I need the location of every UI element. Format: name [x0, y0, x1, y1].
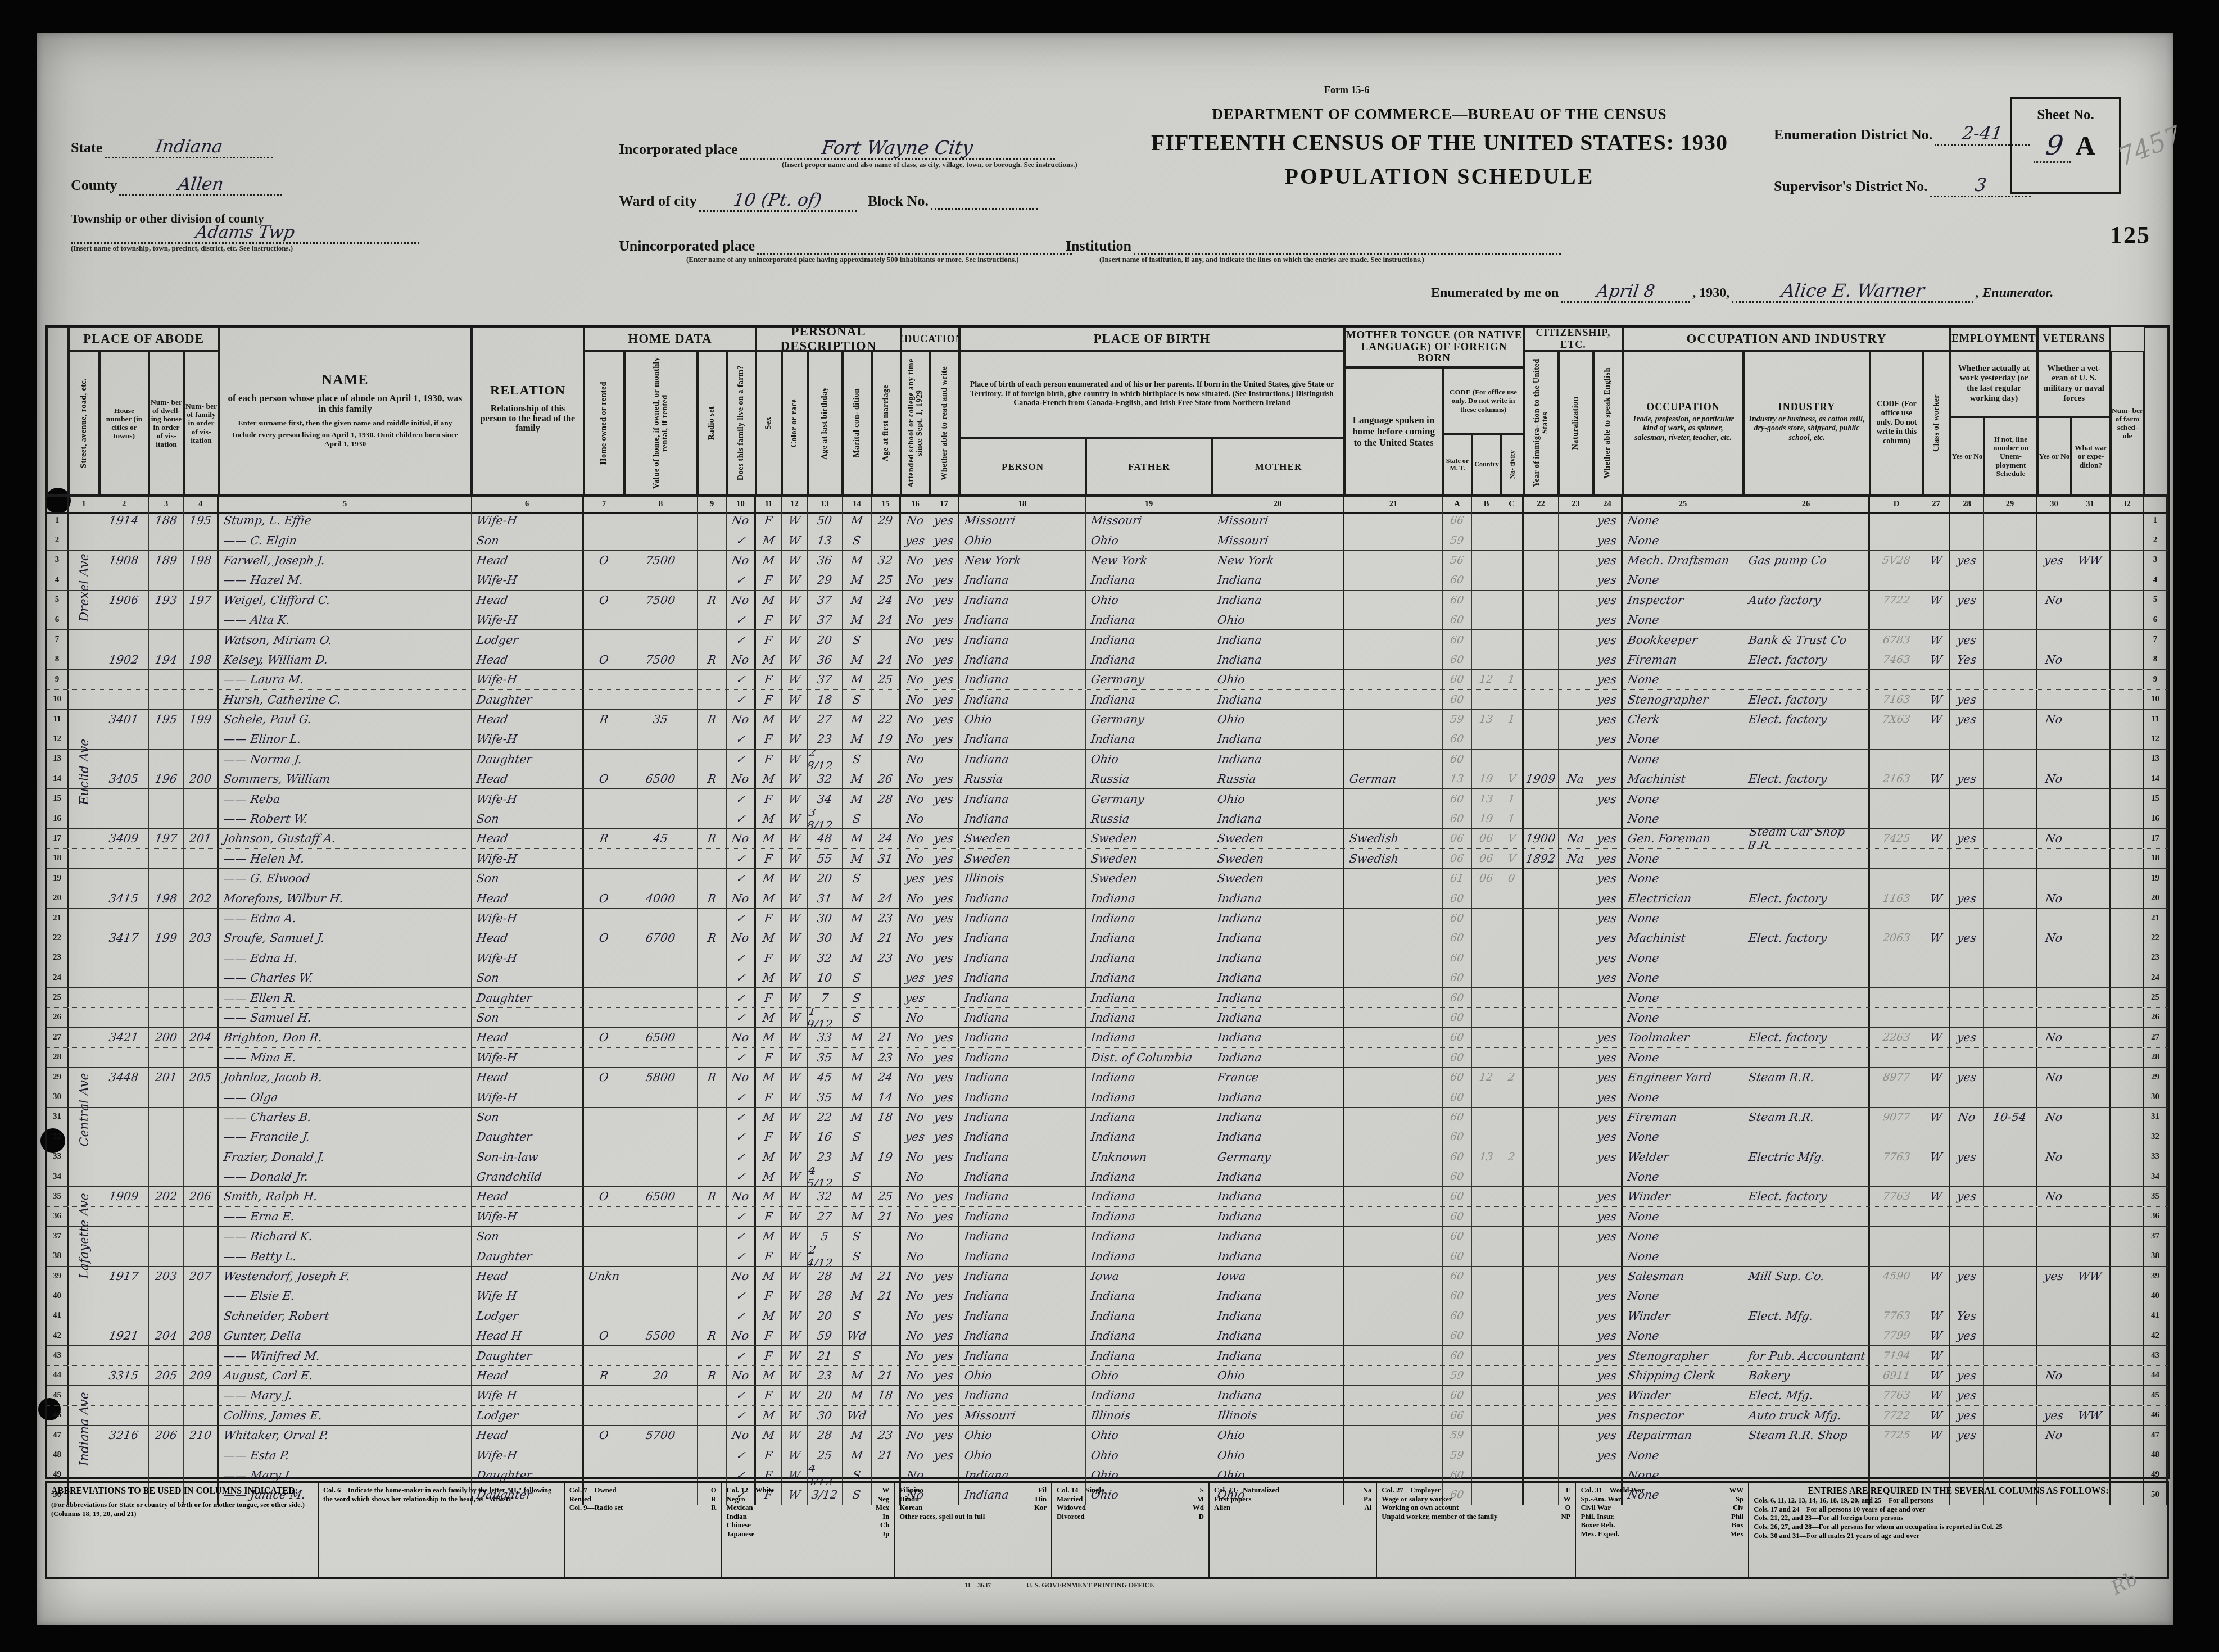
- cell: 60: [1443, 1207, 1472, 1226]
- person-row: 33Frazier, Donald J.Son-in-law✓MW23M19No…: [47, 1147, 2168, 1167]
- cell: [1923, 610, 1950, 629]
- cell: yes: [1950, 769, 1984, 788]
- column-header-c28: Yes or No: [1950, 417, 1984, 496]
- cell: Missouri: [1212, 530, 1344, 550]
- cell: [930, 1246, 959, 1265]
- cell: [624, 729, 698, 748]
- line-number: 40: [47, 1286, 69, 1305]
- column-number: 16: [901, 497, 930, 512]
- cell: [1743, 1008, 1870, 1027]
- column-header-c15: Age at first marriage: [872, 351, 901, 496]
- cell: [1472, 1127, 1501, 1146]
- cell: 60: [1443, 809, 1472, 828]
- cell: [1559, 630, 1593, 649]
- cell: [1472, 928, 1501, 947]
- cell: M: [843, 710, 872, 729]
- column-number: 28: [1950, 497, 1984, 512]
- cell: Son: [472, 530, 584, 550]
- cell: [2111, 511, 2144, 530]
- cell: 205: [149, 1366, 184, 1385]
- cell: R: [698, 710, 727, 729]
- column-number: 27: [1923, 497, 1950, 512]
- cell: [584, 1386, 624, 1405]
- cell: [1559, 1048, 1593, 1067]
- cell: 193: [149, 591, 184, 610]
- cell: [2111, 530, 2144, 550]
- cell: [99, 789, 149, 808]
- stamp-number: 125: [2110, 221, 2150, 249]
- cell: [1472, 729, 1501, 748]
- cell: [1923, 1048, 1950, 1067]
- cell: [698, 1406, 727, 1425]
- column-number: 10: [727, 497, 756, 512]
- cell: [69, 1445, 99, 1464]
- cell: [1524, 948, 1559, 968]
- cell: yes: [930, 849, 959, 868]
- cell: 1909: [99, 1187, 149, 1206]
- census-title: FIFTEENTH CENSUS OF THE UNITED STATES: 1…: [1139, 129, 1740, 156]
- cell: [69, 1366, 99, 1385]
- cell: W: [782, 1426, 808, 1445]
- cell: Indiana: [959, 948, 1086, 968]
- cell: None: [1623, 849, 1743, 868]
- cell: [624, 1227, 698, 1246]
- cell: [1501, 1127, 1524, 1146]
- cell: [698, 570, 727, 589]
- cell: 32: [808, 948, 843, 968]
- cell: ✓: [727, 670, 756, 689]
- cell: [1524, 1087, 1559, 1106]
- cell: M: [843, 610, 872, 629]
- line-number: 27: [2144, 1028, 2168, 1047]
- cell: [624, 988, 698, 1007]
- cell: S: [843, 750, 872, 769]
- cell: W: [782, 1286, 808, 1305]
- cell: yes: [1950, 1326, 1984, 1345]
- cell: Indiana: [959, 610, 1086, 629]
- cell: [1923, 570, 1950, 589]
- cell: Repairman: [1623, 1426, 1743, 1445]
- institution-field: Institution (Insert name of institution,…: [1066, 238, 1561, 264]
- cell: Indiana: [959, 1286, 1086, 1305]
- cell: yes: [930, 710, 959, 729]
- cell: [69, 1127, 99, 1146]
- cell: Lodger: [472, 1306, 584, 1326]
- cell: [584, 1048, 624, 1067]
- sd-value: 3: [1973, 174, 1988, 196]
- cell: Farwell, Joseph J.: [219, 551, 472, 570]
- cell: [698, 1286, 727, 1305]
- cell: Head: [472, 591, 584, 610]
- cell: [1743, 1227, 1870, 1246]
- cell: [1743, 869, 1870, 888]
- line-number: 39: [47, 1267, 69, 1286]
- line-number: 20: [2144, 888, 2168, 907]
- cell: [624, 1108, 698, 1127]
- cell: [1559, 888, 1593, 907]
- institution-label: Institution: [1066, 238, 1131, 254]
- cell: [1950, 1167, 1984, 1186]
- cell: 30: [808, 928, 843, 947]
- cell: [2111, 888, 2144, 907]
- line-number: 32: [2144, 1127, 2168, 1146]
- cell: 06: [1472, 829, 1501, 848]
- cell: 60: [1443, 1048, 1472, 1067]
- cell: [624, 809, 698, 828]
- cell: [1472, 948, 1501, 968]
- ward-label: Ward of city: [619, 193, 697, 209]
- cell: [149, 789, 184, 808]
- cell: [584, 670, 624, 689]
- cell: 6500: [624, 1028, 698, 1047]
- cell: No: [727, 1068, 756, 1087]
- cell: yes: [1593, 1127, 1623, 1146]
- cell: Indiana: [959, 1147, 1086, 1167]
- cell: 56: [1443, 551, 1472, 570]
- cell: 201: [184, 829, 219, 848]
- cell: [1472, 591, 1501, 610]
- cell: Stenographer: [1623, 1346, 1743, 1365]
- cell: F: [756, 511, 782, 530]
- cell: [184, 1147, 219, 1167]
- cell: yes: [1593, 670, 1623, 689]
- cell: [2111, 769, 2144, 788]
- cell: [2111, 988, 2144, 1007]
- cell: Indiana: [959, 1048, 1086, 1067]
- cell: [1870, 948, 1923, 968]
- cell: yes: [930, 630, 959, 649]
- cell: R: [698, 591, 727, 610]
- form-number: Form 15-6: [1324, 84, 1369, 96]
- cell: W: [1923, 1028, 1950, 1047]
- cell: Winder: [1623, 1306, 1743, 1326]
- cell: Auto factory: [1743, 591, 1870, 610]
- county-value: Allen: [177, 174, 225, 194]
- line-number: 15: [2144, 789, 2168, 808]
- cell: [1524, 789, 1559, 808]
- cell: [1501, 511, 1524, 530]
- cell: Germany: [1086, 670, 1212, 689]
- cell: [1950, 610, 1984, 629]
- cell: Na: [1559, 849, 1593, 868]
- line-number: 42: [2144, 1326, 2168, 1345]
- cell: [99, 849, 149, 868]
- cell: [1984, 1426, 2037, 1445]
- column-number: 1: [69, 497, 99, 512]
- cell: Indiana: [959, 1306, 1086, 1326]
- cell: ✓: [727, 1147, 756, 1167]
- cell: 35: [624, 710, 698, 729]
- cell: [624, 789, 698, 808]
- cell: Indiana: [1212, 1048, 1344, 1067]
- cell: yes: [1593, 909, 1623, 928]
- cell: 31: [808, 888, 843, 907]
- cell: No: [2037, 1028, 2071, 1047]
- cell: [1524, 511, 1559, 530]
- cell: Wd: [843, 1326, 872, 1345]
- cell: Lodger: [472, 630, 584, 649]
- cell: yes: [930, 1087, 959, 1106]
- person-row: 351909202206Smith, Ralph H.HeadO6500RNoM…: [47, 1187, 2168, 1206]
- cell: 3421: [99, 1028, 149, 1047]
- cell: [930, 750, 959, 769]
- cell: [698, 690, 727, 709]
- column-header-c1: Street, avenue, road, etc.: [69, 351, 99, 496]
- cell: R: [698, 1187, 727, 1206]
- cell: [1870, 968, 1923, 987]
- cell: [2071, 829, 2111, 848]
- cell: S: [843, 1008, 872, 1027]
- cell: 60: [1443, 1087, 1472, 1106]
- cell: W: [1923, 1426, 1950, 1445]
- cell: 60: [1443, 789, 1472, 808]
- cell: [1984, 888, 2037, 907]
- cell: Mech. Draftsman: [1623, 551, 1743, 570]
- cell: [624, 1445, 698, 1464]
- person-row: 16—— Robert W.Son✓MW3 8/12SNoIndianaRuss…: [47, 809, 2168, 829]
- cell: Na: [1559, 829, 1593, 848]
- cell: [1559, 1087, 1593, 1106]
- cell: [1950, 948, 1984, 968]
- cell: W: [1923, 690, 1950, 709]
- cell: [624, 1267, 698, 1286]
- cell: 32: [872, 551, 901, 570]
- cell: R: [698, 1068, 727, 1087]
- cell: 06: [1472, 869, 1501, 888]
- cell: August, Carl E.: [219, 1366, 472, 1385]
- cell: 24: [872, 610, 901, 629]
- cell: Indiana: [959, 1227, 1086, 1246]
- cell: [1524, 1326, 1559, 1345]
- cell: [1559, 968, 1593, 987]
- cell: yes: [930, 1127, 959, 1146]
- cell: Grandchild: [472, 1167, 584, 1186]
- column-number: 32: [2111, 497, 2144, 512]
- cell: yes: [1950, 1366, 1984, 1385]
- cell: [1870, 1127, 1923, 1146]
- cell: [184, 1167, 219, 1186]
- cell: [624, 1306, 698, 1326]
- cell: [99, 968, 149, 987]
- cell: Son: [472, 1227, 584, 1246]
- population-schedule-table: PLACE OF ABODEHOME DATAPERSONAL DESCRIPT…: [45, 325, 2170, 1479]
- cell: Ohio: [1086, 750, 1212, 769]
- cell: [1524, 1406, 1559, 1425]
- cell: [624, 670, 698, 689]
- cell: 7425: [1870, 829, 1923, 848]
- cell: [1344, 511, 1443, 530]
- cell: [624, 690, 698, 709]
- unincorporated-field: Unincorporated place (Enter name of any …: [619, 238, 1072, 264]
- line-number: 25: [47, 988, 69, 1007]
- person-row: 41Schneider, RobertLodger✓MW20SNoyesIndi…: [47, 1306, 2168, 1326]
- cell: [1344, 750, 1443, 769]
- state-label: State: [71, 139, 102, 156]
- cell: —— C. Elgin: [219, 530, 472, 550]
- cell: None: [1623, 1227, 1743, 1246]
- cell: Illinois: [1212, 1406, 1344, 1425]
- cell: ✓: [727, 869, 756, 888]
- column-name-header: NAME of each person whose place of abode…: [219, 327, 472, 496]
- line-number: 23: [2144, 948, 2168, 968]
- enumerated-year: , 1930,: [1692, 285, 1729, 300]
- cell: No: [901, 1167, 930, 1186]
- cell: Bank & Trust Co: [1743, 630, 1870, 649]
- cell: Son: [472, 809, 584, 828]
- cell: Engineer Yard: [1623, 1068, 1743, 1087]
- cell: Yes: [1950, 1306, 1984, 1326]
- cell: 23: [808, 1147, 843, 1167]
- cell: 60: [1443, 1286, 1472, 1305]
- cell: [1923, 729, 1950, 748]
- cell: 6911: [1870, 1366, 1923, 1385]
- cell: Indiana: [959, 1326, 1086, 1345]
- person-row: 38—— Betty L.Daughter✓FW2 4/12SNoIndiana…: [47, 1246, 2168, 1266]
- column-header-c21: Language spoken in home before coming to…: [1344, 367, 1443, 496]
- cell: M: [843, 928, 872, 947]
- cell: 29: [808, 570, 843, 589]
- column-number: 21: [1344, 497, 1443, 512]
- line-number: 36: [2144, 1207, 2168, 1226]
- cell: Germany: [1086, 710, 1212, 729]
- cell: [1559, 1147, 1593, 1167]
- cell: [1524, 551, 1559, 570]
- cell: Indiana: [959, 909, 1086, 928]
- line-number: 22: [2144, 928, 2168, 947]
- line-number: 9: [2144, 670, 2168, 689]
- cell: yes: [901, 1127, 930, 1146]
- cell: No: [901, 551, 930, 570]
- cell: No: [901, 650, 930, 669]
- person-row: 143405196200Sommers, WilliamHeadO6500RNo…: [47, 769, 2168, 789]
- column-header-father: FATHER: [1086, 438, 1212, 496]
- cell: yes: [1593, 1346, 1623, 1365]
- cell: F: [756, 988, 782, 1007]
- cell: 195: [149, 710, 184, 729]
- cell: [1344, 1147, 1443, 1167]
- cell: [1344, 1187, 1443, 1206]
- cell: [2071, 1127, 2111, 1146]
- cell: Missouri: [959, 511, 1086, 530]
- cell: yes: [930, 1286, 959, 1305]
- cell: No: [727, 1267, 756, 1286]
- cell: W: [1923, 650, 1950, 669]
- cell: M: [843, 729, 872, 748]
- cell: [184, 1008, 219, 1027]
- person-row: 46Collins, James E.Lodger✓MW30WdNoyesMis…: [47, 1406, 2168, 1426]
- cell: Ohio: [959, 1426, 1086, 1445]
- cell: Indiana: [1086, 1306, 1212, 1326]
- cell: None: [1623, 988, 1743, 1007]
- cell: [698, 750, 727, 769]
- column-number: 13: [808, 497, 843, 512]
- cell: [1472, 1286, 1501, 1305]
- cell: M: [843, 1068, 872, 1087]
- cell: M: [843, 551, 872, 570]
- cell: 60: [1443, 1306, 1472, 1326]
- cell: No: [901, 511, 930, 530]
- cell: 204: [184, 1028, 219, 1047]
- column-number: A: [1443, 497, 1472, 512]
- cell: [1344, 1326, 1443, 1345]
- cell: Wife-H: [472, 1048, 584, 1067]
- township-field: Township or other division of county Ada…: [71, 211, 436, 253]
- cell: F: [756, 1326, 782, 1345]
- cell: 7725: [1870, 1426, 1923, 1445]
- line-number: 18: [2144, 849, 2168, 868]
- cell: [2111, 1147, 2144, 1167]
- cell: [184, 968, 219, 987]
- cell: Indiana: [959, 630, 1086, 649]
- cell: Sroufe, Samuel J.: [219, 928, 472, 947]
- cell: Head: [472, 1028, 584, 1047]
- cell: [624, 849, 698, 868]
- cell: [1524, 1445, 1559, 1464]
- cell: W: [782, 948, 808, 968]
- line-number: 38: [47, 1246, 69, 1265]
- cell: [1344, 551, 1443, 570]
- cell: for Pub. Accountant: [1743, 1346, 1870, 1365]
- cell: Head: [472, 1068, 584, 1087]
- cell: Head: [472, 1187, 584, 1206]
- cell: Inspector: [1623, 591, 1743, 610]
- cell: Elect. Mfg.: [1743, 1306, 1870, 1326]
- cell: [69, 1087, 99, 1106]
- cell: [698, 1147, 727, 1167]
- cell: W: [782, 710, 808, 729]
- cell: [1524, 750, 1559, 769]
- cell: [1524, 1267, 1559, 1286]
- cell: [624, 1048, 698, 1067]
- cell: —— Samuel H.: [219, 1008, 472, 1027]
- cell: [184, 988, 219, 1007]
- cell: 66: [1443, 511, 1472, 530]
- cell: [1501, 1267, 1524, 1286]
- cell: [1870, 610, 1923, 629]
- cell: [1344, 948, 1443, 968]
- cell: M: [843, 1426, 872, 1445]
- cell: M: [756, 1267, 782, 1286]
- cell: [149, 1346, 184, 1365]
- cell: M: [843, 1207, 872, 1226]
- cell: Whitaker, Orval P.: [219, 1426, 472, 1445]
- cell: [69, 670, 99, 689]
- column-number: 6: [472, 497, 584, 512]
- cell: 3315: [99, 1366, 149, 1385]
- cell: [1984, 1326, 2037, 1345]
- line-number: 17: [2144, 829, 2168, 848]
- cell: 195: [184, 511, 219, 530]
- cell: W: [782, 1127, 808, 1146]
- cell: Indiana: [1086, 630, 1212, 649]
- line-number: 48: [2144, 1445, 2168, 1464]
- county-field: County Allen: [71, 174, 282, 196]
- cell: ✓: [727, 690, 756, 709]
- cell: [184, 789, 219, 808]
- cell: [1870, 849, 1923, 868]
- cell: 6783: [1870, 630, 1923, 649]
- cell: Elect. factory: [1743, 769, 1870, 788]
- cell: yes: [1950, 888, 1984, 907]
- cell: Indiana: [959, 1207, 1086, 1226]
- cell: [1870, 1008, 1923, 1027]
- cell: [69, 909, 99, 928]
- cell: [1559, 1386, 1593, 1405]
- cell: W: [782, 1445, 808, 1464]
- cell: Indiana: [959, 1167, 1086, 1186]
- cell: 203: [149, 1267, 184, 1286]
- cell: Head: [472, 1366, 584, 1385]
